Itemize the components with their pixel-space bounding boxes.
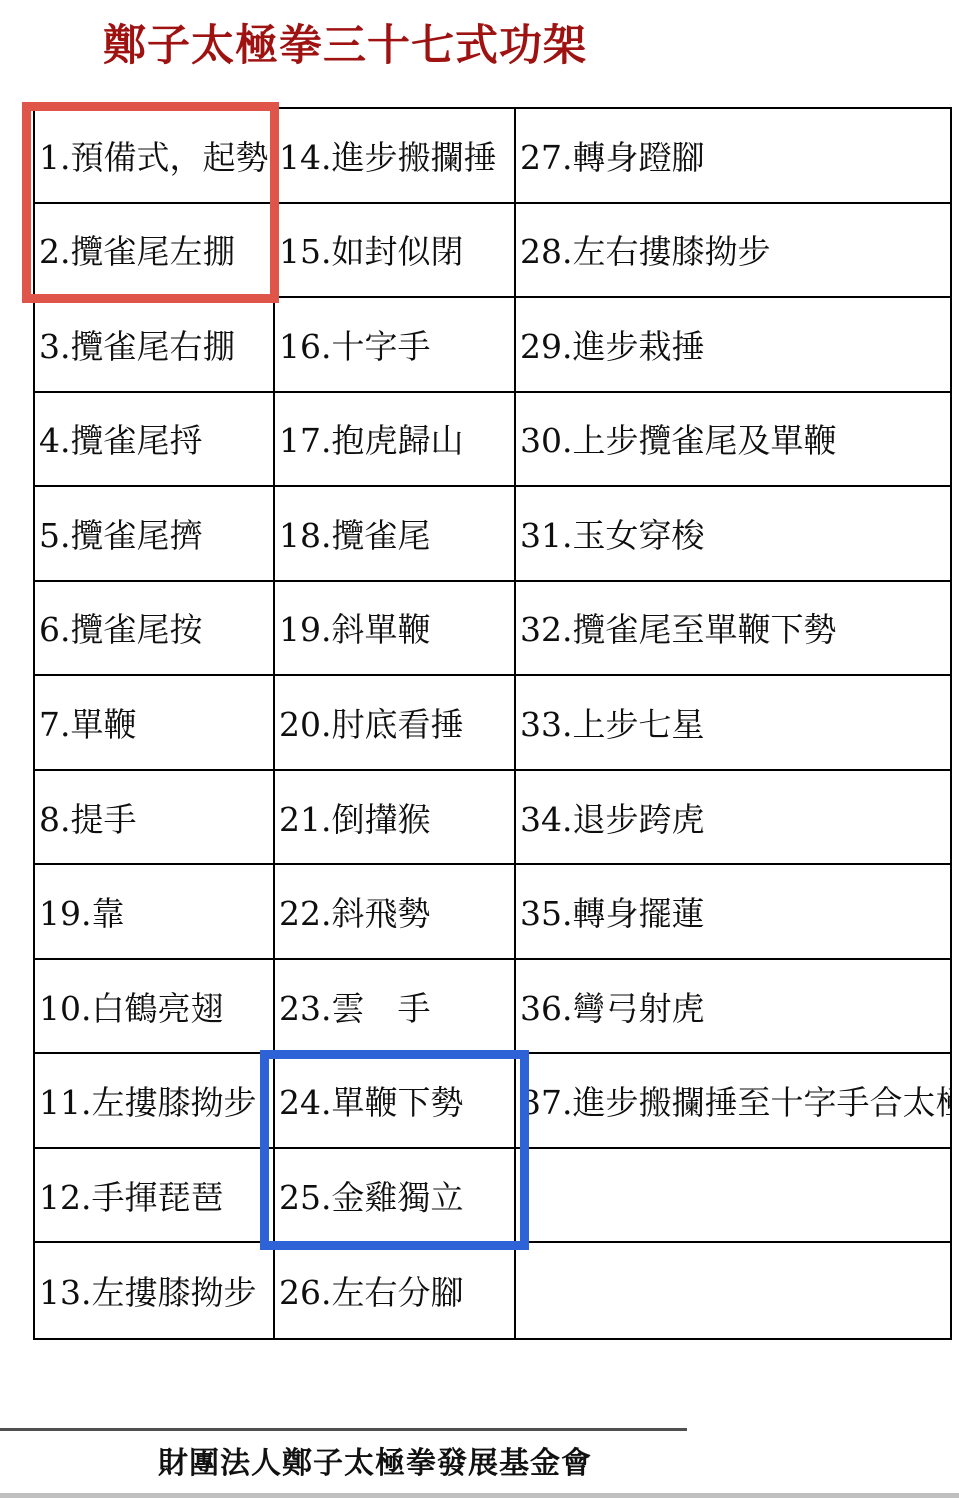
table-cell: 10.白鶴亮翅 bbox=[35, 960, 275, 1055]
footer-divider-line bbox=[0, 1428, 687, 1431]
table-cell: 21.倒攆猴 bbox=[275, 771, 516, 866]
table-cell: 7.單鞭 bbox=[35, 676, 275, 771]
table-cell: 4.攬雀尾捋 bbox=[35, 393, 275, 488]
table-cell: 14.進步搬攔捶 bbox=[275, 109, 516, 204]
table-cell: 34.退步跨虎 bbox=[516, 771, 950, 866]
table-cell: 22.斜飛勢 bbox=[275, 865, 516, 960]
table-cell: 26.左右分腳 bbox=[275, 1243, 516, 1338]
postures-table: 1.預備式，起勢 2.攬雀尾左掤 3.攬雀尾右掤 4.攬雀尾捋 5.攬雀尾擠 6… bbox=[33, 107, 952, 1340]
table-cell: 28.左右摟膝拗步 bbox=[516, 204, 950, 299]
table-cell: 32.攬雀尾至單鞭下勢 bbox=[516, 582, 950, 677]
table-cell: 23.雲 手 bbox=[275, 960, 516, 1055]
table-cell: 16.十字手 bbox=[275, 298, 516, 393]
table-cell: 35.轉身擺蓮 bbox=[516, 865, 950, 960]
table-cell: 6.攬雀尾按 bbox=[35, 582, 275, 677]
table-cell: 33.上步七星 bbox=[516, 676, 950, 771]
page-bottom-edge bbox=[0, 1493, 959, 1498]
table-cell: 18.攬雀尾 bbox=[275, 487, 516, 582]
table-cell: 5.攬雀尾擠 bbox=[35, 487, 275, 582]
table-cell: 31.玉女穿梭 bbox=[516, 487, 950, 582]
table-cell: 8.提手 bbox=[35, 771, 275, 866]
table-cell: 3.攬雀尾右掤 bbox=[35, 298, 275, 393]
table-cell: 11.左摟膝拗步 bbox=[35, 1054, 275, 1149]
table-cell: 19.斜單鞭 bbox=[275, 582, 516, 677]
table-cell: 25.金雞獨立 bbox=[275, 1149, 516, 1244]
table-cell: 2.攬雀尾左掤 bbox=[35, 204, 275, 299]
table-cell: 15.如封似閉 bbox=[275, 204, 516, 299]
table-cell: 13.左摟膝拗步 bbox=[35, 1243, 275, 1338]
table-cell: 1.預備式，起勢 bbox=[35, 109, 275, 204]
table-cell: 20.肘底看捶 bbox=[275, 676, 516, 771]
footer-organization-name: 財團法人鄭子太極拳發展基金會 bbox=[158, 1438, 592, 1482]
page-title: 鄭子太極拳三十七式功架 bbox=[103, 12, 587, 73]
table-cell: 37.進步搬攔捶至十字手合太極 bbox=[516, 1054, 950, 1149]
table-cell: 19.靠 bbox=[35, 865, 275, 960]
table-cell: 36.彎弓射虎 bbox=[516, 960, 950, 1055]
document-page: 鄭子太極拳三十七式功架 1.預備式，起勢 2.攬雀尾左掤 3.攬雀尾右掤 4.攬… bbox=[0, 0, 959, 1498]
table-cell: 27.轉身蹬腳 bbox=[516, 109, 950, 204]
table-cell: 17.抱虎歸山 bbox=[275, 393, 516, 488]
table-cell: 24.單鞭下勢 bbox=[275, 1054, 516, 1149]
table-cell bbox=[516, 1149, 950, 1244]
table-cell: 30.上步攬雀尾及單鞭 bbox=[516, 393, 950, 488]
table-cell: 12.手揮琵琶 bbox=[35, 1149, 275, 1244]
table-cell: 29.進步栽捶 bbox=[516, 298, 950, 393]
table-cell bbox=[516, 1243, 950, 1338]
